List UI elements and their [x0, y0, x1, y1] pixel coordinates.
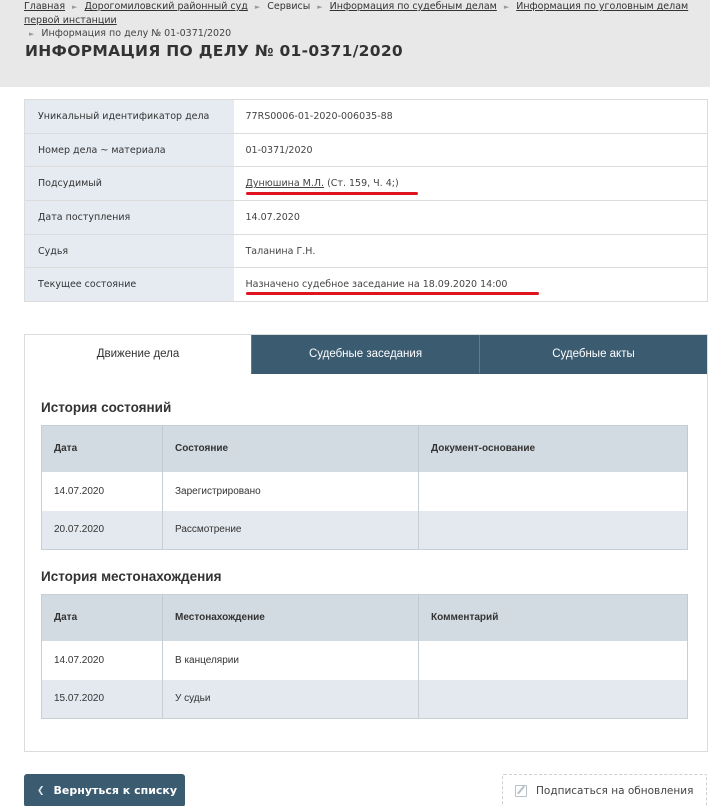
page-header: Главная►Дорогомиловский районный суд►Сер… [0, 0, 710, 87]
case-info-label: Уникальный идентификатор дела [25, 100, 234, 134]
case-info-value: 14.07.2020 [234, 201, 708, 235]
case-info-row: Судья Таланина Г.Н. [25, 234, 708, 268]
cell-status: Зарегистрировано [163, 472, 419, 511]
table-row: 15.07.2020 У судьи [42, 680, 688, 719]
chevron-right-icon: ► [72, 1, 77, 14]
column-header-comment: Комментарий [419, 595, 688, 641]
case-info-row: Уникальный идентификатор дела 77RS0006-0… [25, 100, 708, 134]
case-info-value: 01-0371/2020 [234, 133, 708, 167]
cell-location: У судьи [163, 680, 419, 719]
case-info-value: Таланина Г.Н. [234, 234, 708, 268]
tab-court-hearings[interactable]: Судебные заседания [251, 335, 479, 374]
cell-document [419, 472, 688, 511]
case-info-row: Подсудимый Дунюшина М.Л. (Ст. 159, Ч. 4;… [25, 167, 708, 201]
breadcrumb-case-info[interactable]: Информация по судебным делам [330, 1, 497, 12]
defendant-link[interactable]: Дунюшина М.Л. [246, 178, 325, 189]
location-history-table: Дата Местонахождение Комментарий 14.07.2… [41, 594, 688, 719]
chevron-right-icon: ► [504, 1, 509, 14]
highlight-underline [246, 192, 418, 195]
case-info-row: Дата поступления 14.07.2020 [25, 201, 708, 235]
page-title: Информация по делу № 01-0371/2020 [25, 42, 403, 60]
case-info-value: 77RS0006-01-2020-006035-88 [234, 100, 708, 134]
case-info-label: Текущее состояние [25, 268, 234, 302]
table-row: 14.07.2020 В канцелярии [42, 641, 688, 680]
status-history-title: История состояний [41, 400, 171, 415]
column-header-location: Местонахождение [163, 595, 419, 641]
breadcrumb-current: Информация по делу № 01-0371/2020 [41, 28, 231, 39]
case-info-label: Дата поступления [25, 201, 234, 235]
breadcrumb-home[interactable]: Главная [24, 1, 65, 12]
case-info-table: Уникальный идентификатор дела 77RS0006-0… [24, 99, 708, 302]
table-row: 20.07.2020 Рассмотрение [42, 511, 688, 550]
breadcrumb: Главная►Дорогомиловский районный суд►Сер… [24, 0, 710, 41]
cell-status: Рассмотрение [163, 511, 419, 550]
cell-date: 20.07.2020 [42, 511, 163, 550]
back-to-list-label: Вернуться к списку [54, 784, 178, 797]
chevron-right-icon: ► [255, 1, 260, 14]
tab-case-movement[interactable]: Движение дела [25, 335, 251, 374]
subscribe-label: Подписаться на обновления [536, 785, 693, 797]
column-header-status: Состояние [163, 426, 419, 472]
column-header-date: Дата [42, 595, 163, 641]
tab-court-acts[interactable]: Судебные акты [479, 335, 707, 374]
cell-document [419, 511, 688, 550]
case-info-row: Текущее состояние Назначено судебное зас… [25, 268, 708, 302]
case-tabs-panel: Движение дела Судебные заседания Судебны… [24, 334, 708, 752]
defendant-article: (Ст. 159, Ч. 4;) [324, 178, 399, 189]
location-history-title: История местонахождения [41, 569, 221, 584]
back-to-list-button[interactable]: ❮ Вернуться к списку [24, 774, 185, 806]
column-header-date: Дата [42, 426, 163, 472]
cell-date: 14.07.2020 [42, 641, 163, 680]
breadcrumb-court[interactable]: Дорогомиловский районный суд [84, 1, 247, 12]
chevron-right-icon: ► [29, 28, 34, 41]
cell-comment [419, 680, 688, 719]
cell-date: 15.07.2020 [42, 680, 163, 719]
table-row: 14.07.2020 Зарегистрировано [42, 472, 688, 511]
subscribe-updates-button[interactable]: Подписаться на обновления [502, 774, 707, 806]
chevron-left-icon: ❮ [37, 786, 45, 796]
case-info-label: Номер дела ~ материала [25, 133, 234, 167]
case-info-row: Номер дела ~ материала 01-0371/2020 [25, 133, 708, 167]
status-history-table: Дата Состояние Документ-основание 14.07.… [41, 425, 688, 550]
cell-date: 14.07.2020 [42, 472, 163, 511]
current-status-cell: Назначено судебное заседание на 18.09.20… [234, 268, 708, 302]
column-header-document: Документ-основание [419, 426, 688, 472]
edit-icon [515, 785, 527, 797]
defendant-cell: Дунюшина М.Л. (Ст. 159, Ч. 4;) [234, 167, 708, 201]
highlight-underline [246, 292, 539, 295]
cell-comment [419, 641, 688, 680]
chevron-right-icon: ► [317, 1, 322, 14]
case-info-label: Подсудимый [25, 167, 234, 201]
tab-bar: Движение дела Судебные заседания Судебны… [25, 335, 707, 374]
current-status-value: Назначено судебное заседание на 18.09.20… [246, 279, 508, 290]
breadcrumb-services: Сервисы [267, 1, 310, 12]
case-info-label: Судья [25, 234, 234, 268]
cell-location: В канцелярии [163, 641, 419, 680]
